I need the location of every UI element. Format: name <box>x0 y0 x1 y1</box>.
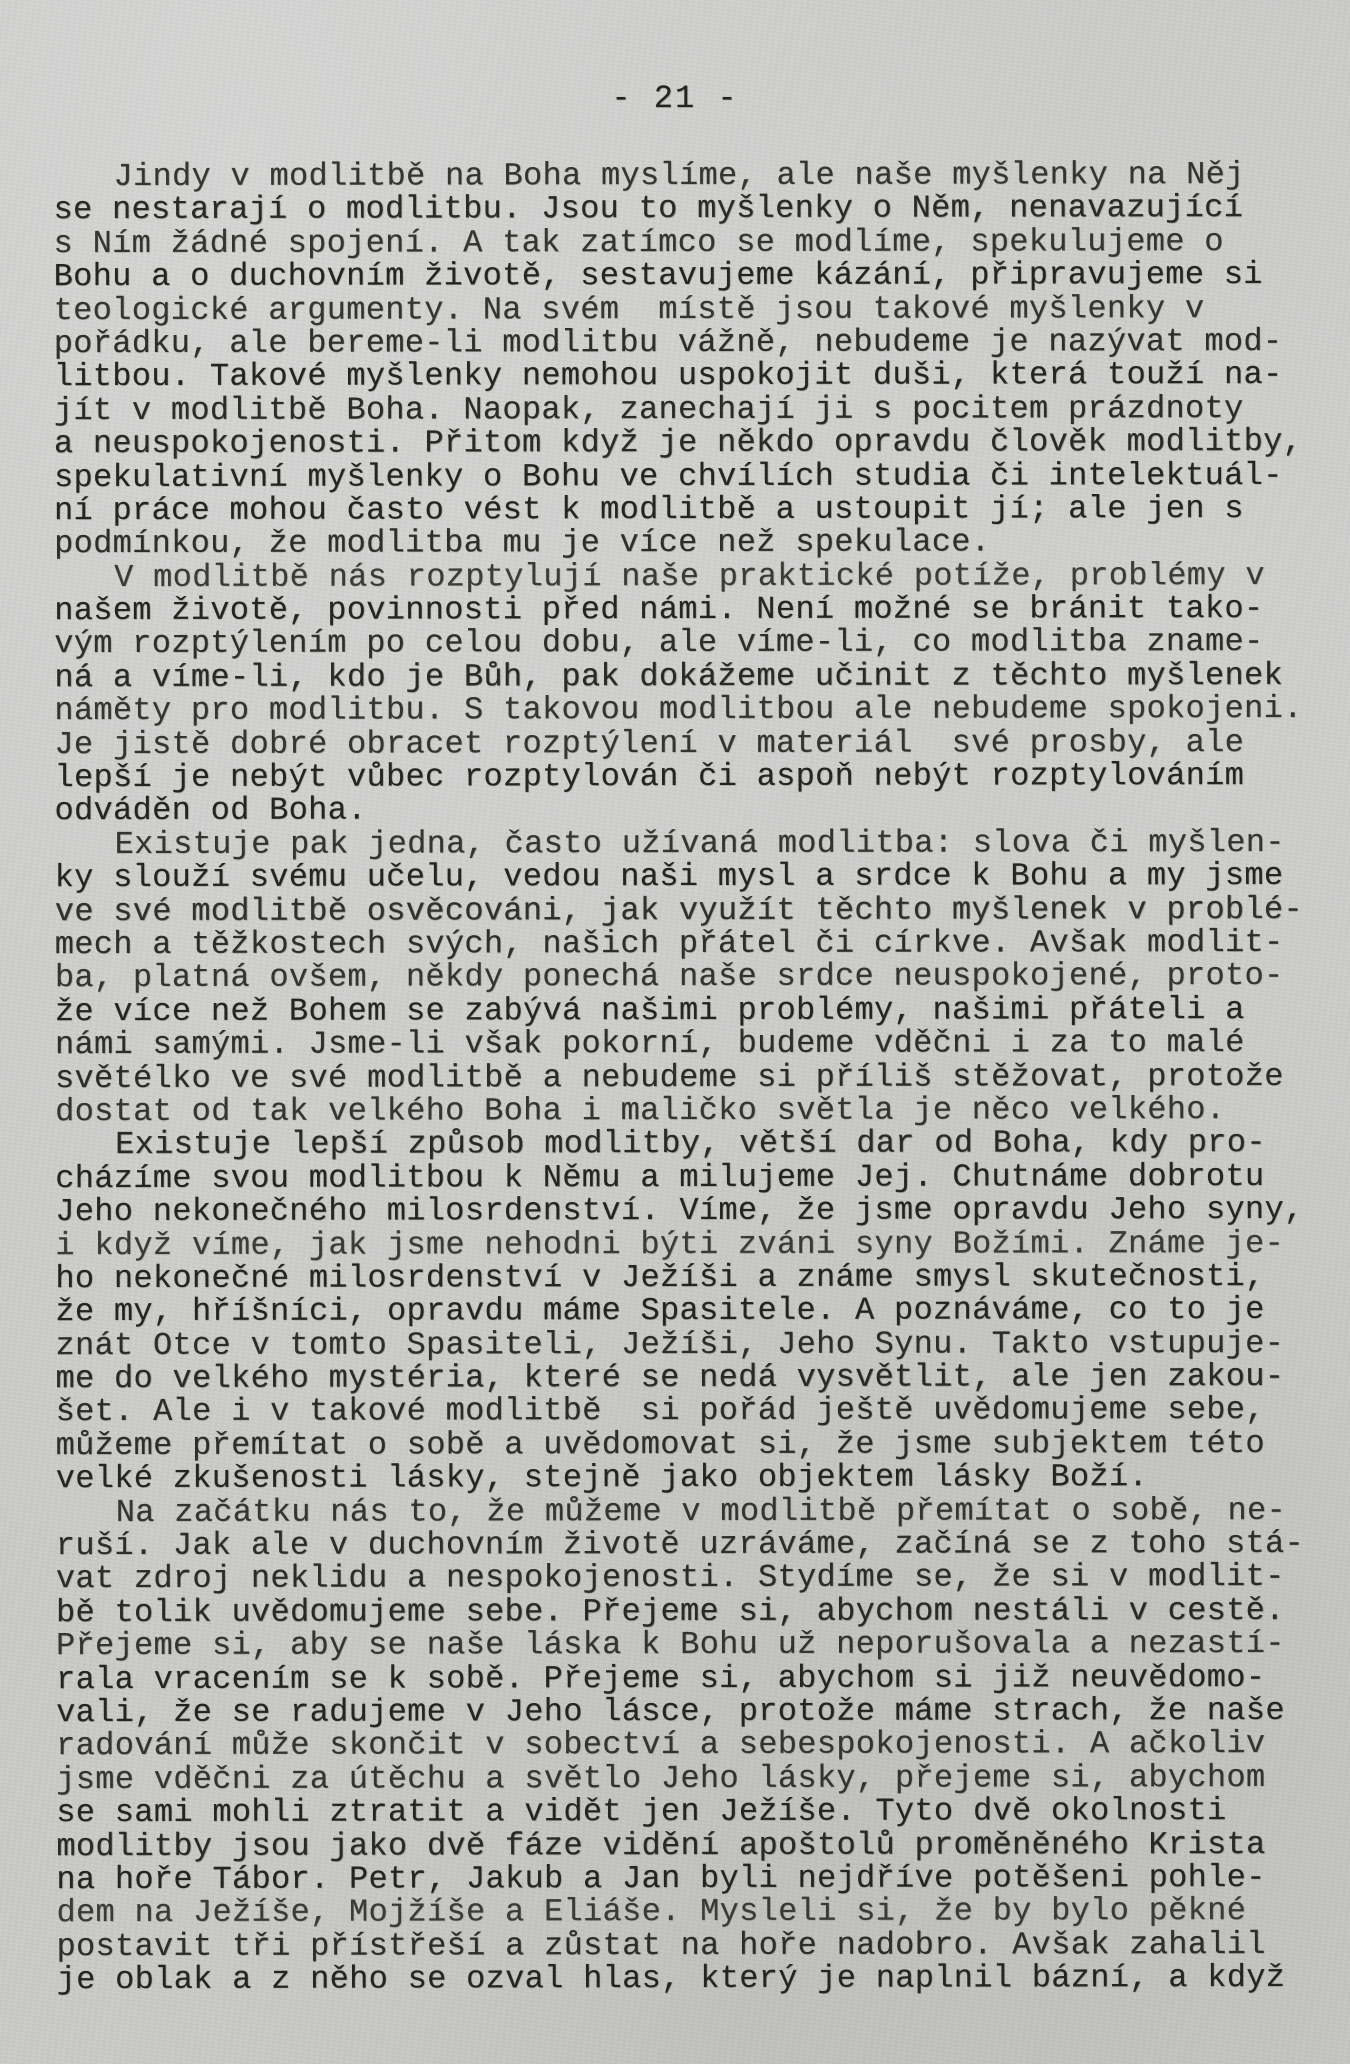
text-line: dem na Ježíše, Mojžíše a Eliáše. Mysleli… <box>56 1894 1328 1930</box>
text-line: je oblak a z něho se ozval hlas, který j… <box>57 1961 1329 1997</box>
text-line: Přejeme si, aby se naše láska k Bohu už … <box>56 1627 1328 1663</box>
text-line: Na začátku nás to, že můžeme v modlitbě … <box>56 1494 1328 1530</box>
text-line: V modlitbě nás rozptylují naše praktické… <box>54 559 1326 595</box>
text-line: teologické argumenty. Na svém místě jsou… <box>54 291 1326 327</box>
text-line: vat zdroj neklidu a nespokojenosti. Styd… <box>56 1560 1328 1596</box>
text-line: našem životě, povinnosti před námi. Není… <box>54 592 1326 628</box>
text-line: vali, že se radujeme v Jeho lásce, proto… <box>56 1694 1328 1730</box>
text-line: dostat od tak velkého Boha i maličko svě… <box>55 1093 1327 1129</box>
text-line: s Ním žádné spojení. A tak zatímco se mo… <box>54 225 1326 261</box>
text-line: podmínkou, že modlitba mu je více než sp… <box>54 525 1326 561</box>
text-line: že my, hříšníci, opravdu máme Spasitele.… <box>55 1293 1327 1329</box>
text-line: rala vracením se k sobě. Přejeme si, aby… <box>56 1660 1328 1696</box>
text-line: postavit tři přístřeší a zůstat na hoře … <box>56 1928 1328 1964</box>
text-line: litbou. Takové myšlenky nemohou uspokoji… <box>54 358 1326 394</box>
text-line: se sami mohli ztratit a vidět jen Ježíše… <box>56 1794 1328 1830</box>
text-line: vým rozptýlením po celou dobu, ale víme-… <box>54 625 1326 661</box>
text-line: me do velkého mystéria, které se nedá vy… <box>55 1360 1327 1396</box>
text-line: modlitby jsou jako dvě fáze vidění apošt… <box>56 1827 1328 1863</box>
text-line: pořádku, ale bereme-li modlitbu vážně, n… <box>54 325 1326 361</box>
text-line: že více než Bohem se zabývá našimi probl… <box>55 993 1327 1029</box>
page-number: - 21 - <box>0 80 1350 117</box>
text-line: ní práce mohou často vést k modlitbě a u… <box>54 492 1326 528</box>
text-line: ky slouží svému učelu, vedou naši mysl a… <box>55 859 1327 895</box>
text-line: velké zkušenosti lásky, stejně jako obje… <box>56 1460 1328 1496</box>
text-line: Jeho nekonečného milosrdenství. Víme, že… <box>55 1193 1327 1229</box>
text-line: jít v modlitbě Boha. Naopak, zanechají j… <box>54 392 1326 428</box>
text-line: znát Otce v tomto Spasiteli, Ježíši, Jeh… <box>55 1327 1327 1363</box>
text-line: i když víme, jak jsme nehodni býti zváni… <box>55 1226 1327 1262</box>
text-line: odváděn od Boha. <box>55 792 1327 828</box>
text-line: Existuje pak jedna, často užívaná modlit… <box>55 826 1327 862</box>
text-line: námi samými. Jsme-li však pokorní, budem… <box>55 1026 1327 1062</box>
scanned-page: - 21 - Jindy v modlitbě na Boha myslíme,… <box>0 0 1350 2064</box>
text-line: ruší. Jak ale v duchovním životě uzrávám… <box>56 1527 1328 1563</box>
page-text: Jindy v modlitbě na Boha myslíme, ale na… <box>53 158 1328 1997</box>
text-line: radování může skončit v sobectví a sebes… <box>56 1727 1328 1763</box>
text-line: a neuspokojenosti. Přitom když je někdo … <box>54 425 1326 461</box>
text-line: cházíme svou modlitbou k Němu a milujeme… <box>55 1160 1327 1196</box>
text-line: lepší je nebýt vůbec rozptylován či aspo… <box>54 759 1326 795</box>
text-line: ho nekonečné milosrdenství v Ježíši a zn… <box>55 1260 1327 1296</box>
text-line: spekulativní myšlenky o Bohu ve chvílích… <box>54 458 1326 494</box>
text-line: náměty pro modlitbu. S takovou modlitbou… <box>54 692 1326 728</box>
text-line: na hoře Tábor. Petr, Jakub a Jan byli ne… <box>56 1861 1328 1897</box>
text-line: Existuje lepší způsob modlitby, větší da… <box>55 1126 1327 1162</box>
text-line: Bohu a o duchovním životě, sestavujeme k… <box>54 258 1326 294</box>
text-line: se nestarají o modlitbu. Jsou to myšlenk… <box>53 191 1325 227</box>
text-line: Jindy v modlitbě na Boha myslíme, ale na… <box>53 158 1325 194</box>
text-line: Je jistě dobré obracet rozptýlení v mate… <box>54 726 1326 762</box>
text-line: bě tolik uvědomujeme sebe. Přejeme si, a… <box>56 1594 1328 1630</box>
text-line: ve své modlitbě osvěcováni, jak využít t… <box>55 892 1327 928</box>
text-line: ba, platná ovšem, někdy ponechá naše srd… <box>55 959 1327 995</box>
text-line: šet. Ale i v takové modlitbě si pořád je… <box>56 1393 1328 1429</box>
text-line: mech a těžkostech svých, našich přátel č… <box>55 926 1327 962</box>
text-line: ná a víme-li, kdo je Bůh, pak dokážeme u… <box>54 659 1326 695</box>
text-line: jsme vděčni za útěchu a světlo Jeho lásk… <box>56 1761 1328 1797</box>
text-line: můžeme přemítat o sobě a uvědomovat si, … <box>56 1427 1328 1463</box>
text-line: světélko ve své modlitbě a nebudeme si p… <box>55 1059 1327 1095</box>
